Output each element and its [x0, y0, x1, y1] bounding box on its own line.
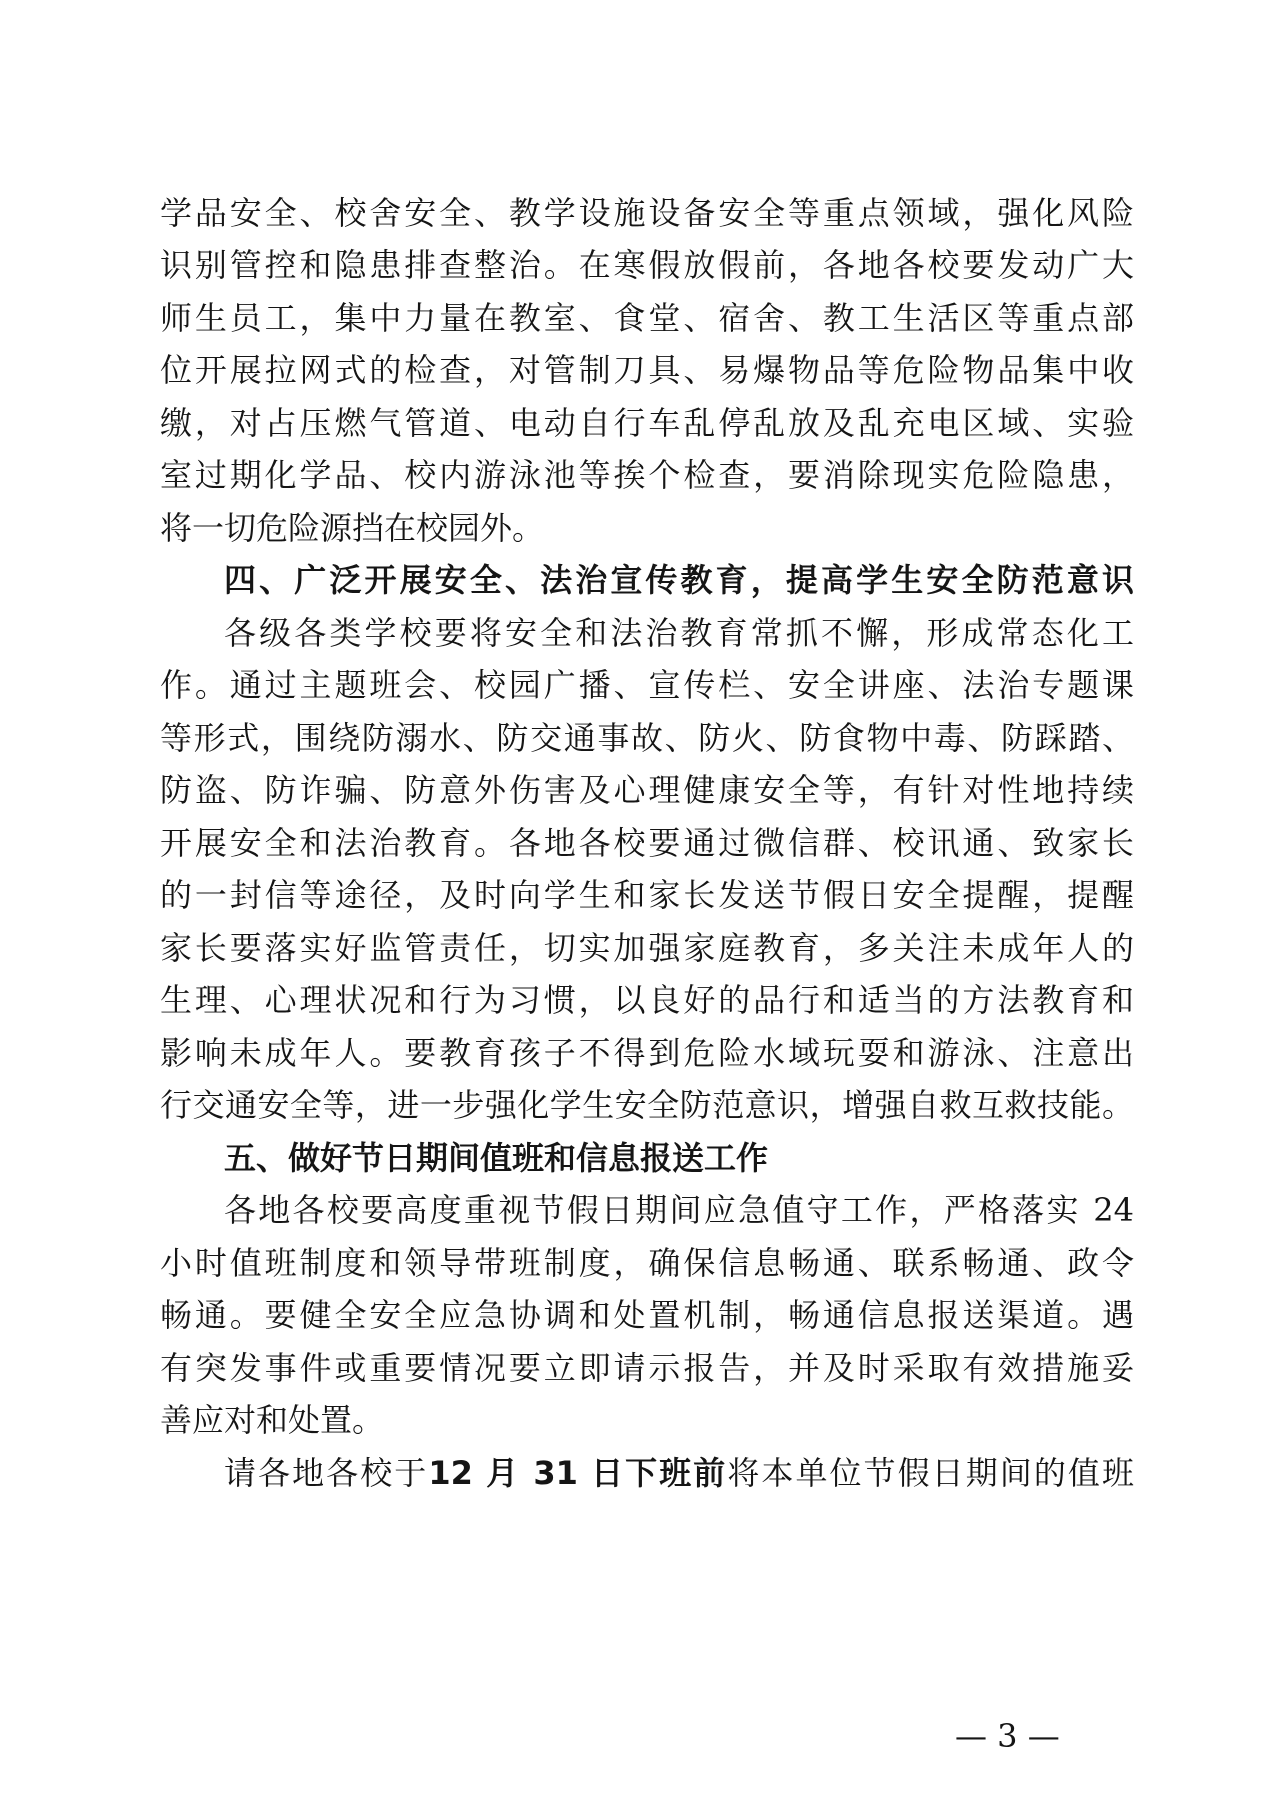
body-text-line: 善应对和处置。 — [160, 1394, 1134, 1446]
body-text-line: 作。通过主题班会、校园广播、宣传栏、安全讲座、法治专题课 — [160, 659, 1134, 711]
section-heading-4: 四、广泛开展安全、法治宣传教育，提高学生安全防范意识 — [224, 554, 1134, 606]
body-text-line: 缴，对占压燃气管道、电动自行车乱停乱放及乱充电区域、实验 — [160, 397, 1134, 449]
body-text-line: 畅通。要健全安全应急协调和处置机制，畅通信息报送渠道。遇 — [160, 1289, 1134, 1341]
body-text-line: 位开展拉网式的检查，对管制刀具、易爆物品等危险物品集中收 — [160, 344, 1134, 396]
body-text-line: 防盗、防诈骗、防意外伤害及心理健康安全等，有针对性地持续 — [160, 764, 1134, 816]
deadline-prefix: 请各地各校于 — [224, 1454, 428, 1492]
body-text-line: 师生员工，集中力量在教室、食堂、宿舍、教工生活区等重点部 — [160, 292, 1134, 344]
document-page: 学品安全、校舍安全、教学设施设备安全等重点领域，强化风险 识别管控和隐患排查整治… — [0, 0, 1279, 1817]
body-text-line: 学品安全、校舍安全、教学设施设备安全等重点领域，强化风险 — [160, 187, 1134, 239]
body-text-line: 小时值班制度和领导带班制度，确保信息畅通、联系畅通、政令 — [160, 1237, 1134, 1289]
body-text-line: 有突发事件或重要情况要立即请示报告，并及时采取有效措施妥 — [160, 1342, 1134, 1394]
body-text-line: 室过期化学品、校内游泳池等挨个检查，要消除现实危险隐患， — [160, 449, 1134, 501]
body-text-line: 家长要落实好监管责任，切实加强家庭教育，多关注未成年人的 — [160, 922, 1134, 974]
body-text-line: 开展安全和法治教育。各地各校要通过微信群、校讯通、致家长 — [160, 817, 1134, 869]
deadline-suffix: 将本单位节假日期间的值班 — [727, 1454, 1134, 1492]
body-text-line: 的一封信等途径，及时向学生和家长发送节假日安全提醒，提醒 — [160, 869, 1134, 921]
body-text-line: 识别管控和隐患排查整治。在寒假放假前，各地各校要发动广大 — [160, 239, 1134, 291]
body-text-line: 行交通安全等，进一步强化学生安全防范意识，增强自救互救技能。 — [160, 1079, 1134, 1131]
body-text-line: 将一切危险源挡在校园外。 — [160, 502, 1134, 554]
body-text-line: 等形式，围绕防溺水、防交通事故、防火、防食物中毒、防踩踏、 — [160, 712, 1134, 764]
deadline-paragraph-line: 请各地各校于12 月 31 日下班前将本单位节假日期间的值班 — [224, 1447, 1134, 1499]
page-number: — 3 — — [955, 1716, 1060, 1756]
deadline-date: 12 月 31 日下班前 — [428, 1454, 727, 1492]
body-text-line: 影响未成年人。要教育孩子不得到危险水域玩耍和游泳、注意出 — [160, 1027, 1134, 1079]
body-text-line: 各地各校要高度重视节假日期间应急值守工作，严格落实 24 — [224, 1184, 1134, 1236]
section-heading-5: 五、做好节日期间值班和信息报送工作 — [224, 1132, 1134, 1184]
body-text-line: 各级各类学校要将安全和法治教育常抓不懈，形成常态化工 — [224, 607, 1134, 659]
body-text-line: 生理、心理状况和行为习惯，以良好的品行和适当的方法教育和 — [160, 974, 1134, 1026]
